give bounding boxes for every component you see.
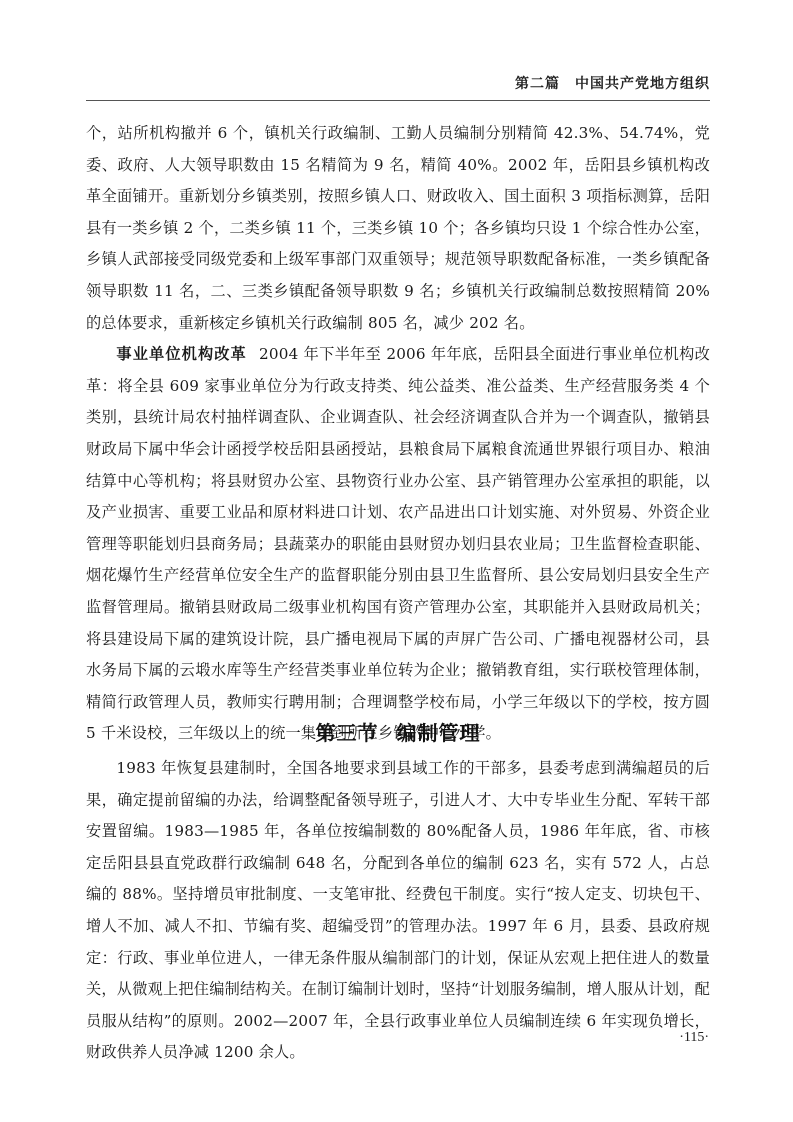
paragraph-body: 2004 年下半年至 2006 年年底，岳阳县全面进行事业单位机构改革：将全县 … <box>86 345 710 742</box>
page-number: ·115· <box>679 1030 709 1046</box>
running-header: 第二篇 中国共产党地方组织 <box>86 72 710 101</box>
running-header-title: 第二篇 中国共产党地方组织 <box>515 76 710 92</box>
section-number: 第三节 <box>316 721 379 745</box>
section-title: 编制管理 <box>397 721 481 745</box>
section-heading: 第三节编制管理 <box>86 717 710 749</box>
run-in-heading: 事业单位机构改革 <box>116 345 246 363</box>
body-text-section: 1983 年恢复县建制时，全国各地要求到县域工作的干部多，县委考虑到满编超员的后… <box>86 753 710 1069</box>
paragraph-township-reform-continued: 个，站所机构撤并 6 个，镇机关行政编制、工勤人员编制分别精简 42.3%、54… <box>86 118 710 339</box>
paragraph-institution-reform: 事业单位机构改革2004 年下半年至 2006 年年底，岳阳县全面进行事业单位机… <box>86 339 710 750</box>
paragraph-staffing-management: 1983 年恢复县建制时，全国各地要求到县域工作的干部多，县委考虑到满编超员的后… <box>86 753 710 1069</box>
body-text-before-section: 个，站所机构撤并 6 个，镇机关行政编制、工勤人员编制分别精简 42.3%、54… <box>86 118 710 750</box>
